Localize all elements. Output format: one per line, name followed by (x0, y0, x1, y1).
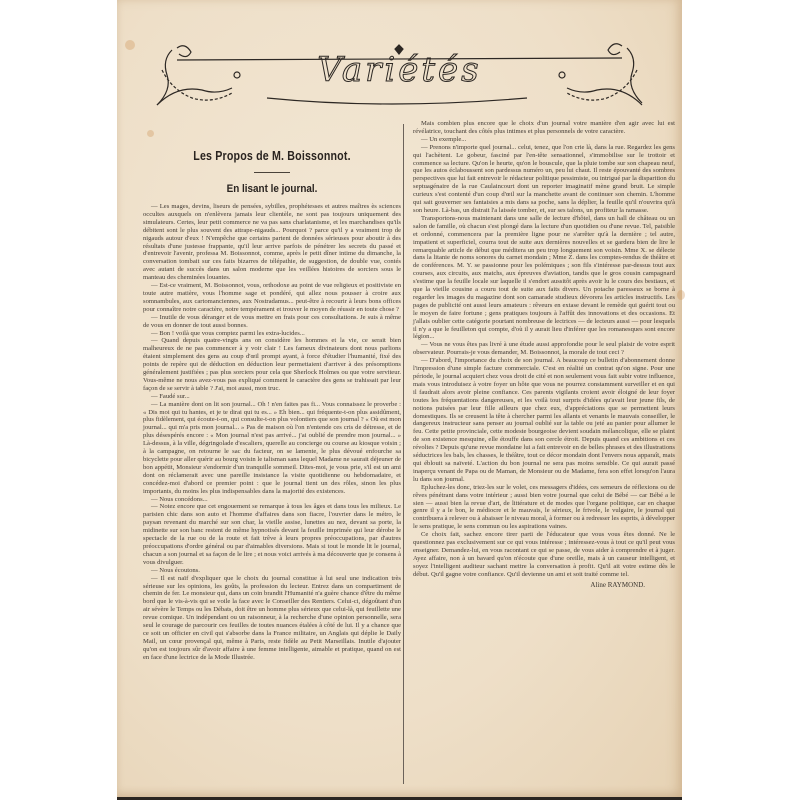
paragraph: — La manière dont on lit son journal... … (143, 401, 401, 496)
paragraph: — Est-ce vraiment, M. Boissonnot, vous, … (143, 282, 401, 314)
paragraph: Ce choix fait, sachez encore tirer parti… (413, 531, 675, 578)
paragraph: — Inutile de vous déranger et de vous me… (143, 314, 401, 330)
paragraph: — Nous concédons... (143, 496, 401, 504)
section-header-ornament: Variétés (117, 40, 682, 110)
paragraph: — Quand depuis quatre-vingts ans on cons… (143, 337, 401, 392)
title-rule (254, 172, 290, 173)
paragraph: — Nous écoutons. (143, 567, 401, 575)
paragraph: — Vous ne vous êtes pas livré à une étud… (413, 341, 675, 357)
right-column: Mais combien plus encore que le choix d'… (413, 120, 675, 589)
paragraph: — Bon ! voilà que vous comptez parmi les… (143, 330, 401, 338)
article-title: Les Propos de M. Boissonnot. (166, 148, 378, 163)
paragraph: — Les mages, devins, liseurs de pensées,… (143, 203, 401, 282)
paragraph: — Il est naïf d'expliquer que le choix d… (143, 575, 401, 662)
article-subtitle: En lisant le journal. (156, 183, 388, 195)
paragraph: Mais combien plus encore que le choix d'… (413, 120, 675, 136)
paragraph: — D'abord, l'importance du choix de son … (413, 357, 675, 484)
left-column: Les Propos de M. Boissonnot. En lisant l… (143, 120, 401, 662)
paragraph: — Faudé sur... (143, 393, 401, 401)
section-title: Variétés (117, 50, 682, 90)
paragraph: — Notez encore que cet engouement se rem… (143, 503, 401, 566)
paper-stain (677, 290, 685, 300)
paragraph: — Prenons n'importe quel journal... celu… (413, 144, 675, 215)
paragraph: Epluchez-les donc, triez-les sur le vole… (413, 484, 675, 531)
paragraph: Transportons-nous maintenant dans une sa… (413, 215, 675, 342)
newspaper-page: Variétés Les Propos de M. Boissonnot. En… (117, 0, 682, 800)
author-signature: Aline RAYMOND. (413, 581, 675, 589)
paragraph: — Un exemple... (413, 136, 675, 144)
column-divider (403, 124, 404, 784)
